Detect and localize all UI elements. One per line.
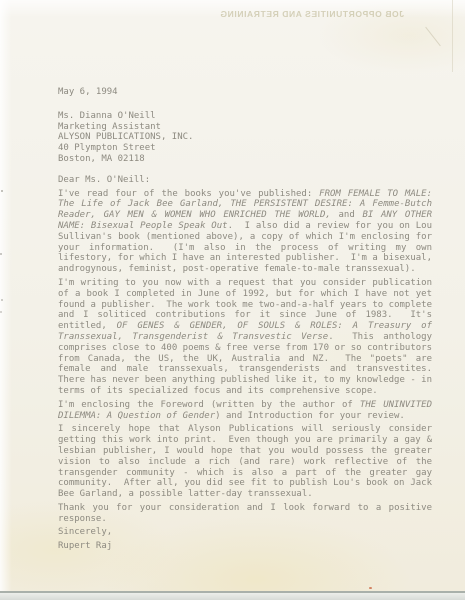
letter-line: I'm enclosing the Foreword (written by t… xyxy=(58,400,432,411)
signature-name: Rupert Raj xyxy=(58,541,432,552)
paragraph: I sincerely hope that Alyson Publication… xyxy=(58,424,432,500)
letter-line: DILEMMA: A Question of Gender) and Intro… xyxy=(58,411,432,422)
letter-line: Transsexual, Transgenderist & Transvesti… xyxy=(58,332,432,343)
letter-line: response. xyxy=(58,514,432,525)
recipient-line: ALYSON PUBLICATIONS, INC. xyxy=(58,132,432,143)
letter-line: entitled, OF GENES & GENDER, OF SOULS & … xyxy=(58,321,432,332)
letter-line: lifestory, for which I have an intereste… xyxy=(58,253,432,264)
recipient-line: Marketing Assistant xyxy=(58,122,432,133)
recipient-line: Boston, MA 02118 xyxy=(58,154,432,165)
paragraph: I'm enclosing the Foreword (written by t… xyxy=(58,400,432,422)
letter-line: your information. (I'm also in the proce… xyxy=(58,243,432,254)
recipient-line: Ms. Dianna O'Neill xyxy=(58,111,432,122)
letter-line: The Life of Jack Bee Garland, THE PERSIS… xyxy=(58,199,432,210)
letter-line: female and male transsexuals, transgende… xyxy=(58,364,432,375)
recipient-line: 40 Plympton Street xyxy=(58,143,432,154)
letter-line: community. After all, you did see fit to… xyxy=(58,478,432,489)
bleedthrough-text: JOB OPPORTUNITIES AND RETRAINING xyxy=(236,9,404,19)
scan-specks xyxy=(0,0,2,2)
letter-line: There has never been anything published … xyxy=(58,375,432,386)
letter-line: transgender community - which is also a … xyxy=(58,468,432,479)
scanner-background xyxy=(0,593,465,600)
letter-line: getting this work into print. Even thoug… xyxy=(58,435,432,446)
letter-line: vision to also include a rich (and rare)… xyxy=(58,457,432,468)
letter-line: I sincerely hope that Alyson Publication… xyxy=(58,424,432,435)
letter-line: I'm writing to you now with a request th… xyxy=(58,278,432,289)
letter-line: from Canada, the US, the UK, Australia a… xyxy=(58,354,432,365)
paragraph: I'm writing to you now with a request th… xyxy=(58,278,432,397)
letter-line: Thank you for your consideration and I l… xyxy=(58,503,432,514)
recipient-block: Ms. Dianna O'NeillMarketing AssistantALY… xyxy=(58,111,432,165)
scanned-letter: JOB OPPORTUNITIES AND RETRAINING May 6, … xyxy=(0,0,465,600)
letter-line: lesbian publisher, I would hope that you… xyxy=(58,446,432,457)
paragraph: Thank you for your consideration and I l… xyxy=(58,503,432,525)
letter-line: androgynous, feminist, post-operative fe… xyxy=(58,264,432,275)
letter-date: May 6, 1994 xyxy=(58,87,432,98)
letter-line: I've read four of the books you've publi… xyxy=(58,189,432,200)
letter-line: and I soliticed contributions for it sin… xyxy=(58,310,432,321)
closing: Sincerely, xyxy=(58,527,432,538)
letter-line: of a book I completed in June of 1992, b… xyxy=(58,289,432,300)
letter-line: comprises close to 400 poems & free vers… xyxy=(58,343,432,354)
letter-line: Bee Garland, a possible latter-day trans… xyxy=(58,489,432,500)
letter-body: I've read four of the books you've publi… xyxy=(58,189,432,525)
ink-dot xyxy=(369,587,372,589)
letter-line: Reader, GAY MEN & WOMEN WHO ENRICHED THE… xyxy=(58,210,432,221)
letter-line: NAME: Bisexual People Speak Out. I also … xyxy=(58,221,432,232)
letter-line: terms of its specialized focus and its c… xyxy=(58,386,432,397)
letter-content: May 6, 1994 Ms. Dianna O'NeillMarketing … xyxy=(58,87,432,552)
paragraph: I've read four of the books you've publi… xyxy=(58,189,432,275)
letter-line: found a publisher. The work took me two-… xyxy=(58,300,432,311)
salutation: Dear Ms. O'Neill: xyxy=(58,175,432,186)
letter-line: Sullivan's book (mentioned above), a cop… xyxy=(58,232,432,243)
paper-crease xyxy=(452,0,453,72)
